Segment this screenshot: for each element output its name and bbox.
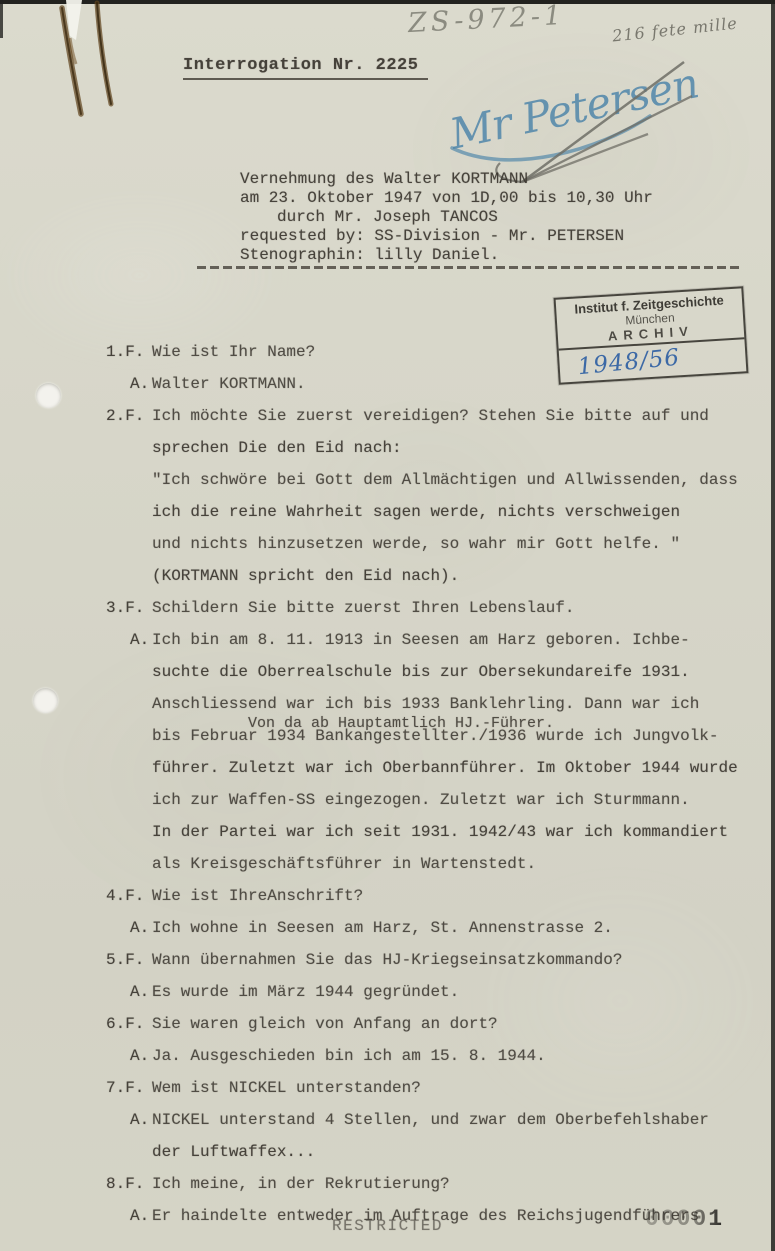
punch-hole xyxy=(33,688,58,713)
qa-block: 3.F. Schildern Sie bitte zuerst Ihren Le… xyxy=(106,592,766,624)
qa-label: 3.F. xyxy=(106,592,144,624)
qa-lines: Wie ist IhreAnschrift? xyxy=(152,880,766,912)
page-number-stamp: 00001 xyxy=(645,1206,724,1232)
qa-lines: Sie waren gleich von Anfang an dort? xyxy=(152,1008,766,1040)
document-line: führer. Zuletzt war ich Oberbannführer. … xyxy=(152,752,766,784)
handwritten-signature: Mr Petersen xyxy=(446,58,703,158)
qa-label: A. xyxy=(130,1040,149,1072)
qa-block: 6.F. Sie waren gleich von Anfang an dort… xyxy=(106,1008,766,1040)
qa-block: A. Es wurde im März 1944 gegründet. xyxy=(106,976,766,1008)
qa-lines: Ich bin am 8. 11. 1913 in Seesen am Harz… xyxy=(152,624,766,720)
document-line: der Luftwaffex... xyxy=(152,1136,766,1168)
qa-label: 7.F. xyxy=(106,1072,144,1104)
qa-block: 4.F. Wie ist IhreAnschrift? xyxy=(106,880,766,912)
qa-block: A. Ich wohne in Seesen am Harz, St. Anne… xyxy=(106,912,766,944)
qa-lines: Es wurde im März 1944 gegründet. xyxy=(152,976,766,1008)
qa-block: 7.F. Wem ist NICKEL unterstanden? xyxy=(106,1072,766,1104)
document-line: sprechen Die den Eid nach: xyxy=(152,432,766,464)
document-line: bis Februar 1934 Bankangestellter./1936 … xyxy=(152,720,766,752)
document-line: Wie ist IhreAnschrift? xyxy=(152,880,766,912)
document-line: Walter KORTMANN. xyxy=(152,368,766,400)
qa-lines: NICKEL unterstand 4 Stellen, und zwar de… xyxy=(152,1104,766,1168)
document-line: als Kreisgeschäftsführer in Wartenstedt. xyxy=(152,848,766,880)
document-line: "Ich schwöre bei Gott dem Allmächtigen u… xyxy=(152,464,766,496)
qa-list: 1.F. Wie ist Ihr Name? A. Walter KORTMAN… xyxy=(106,336,766,1232)
qa-lines: Walter KORTMANN. xyxy=(152,368,766,400)
document-line: ich zur Waffen-SS eingezogen. Zuletzt wa… xyxy=(152,784,766,816)
qa-label: 4.F. xyxy=(106,880,144,912)
qa-label: A. xyxy=(130,912,149,944)
document-line: Sie waren gleich von Anfang an dort? xyxy=(152,1008,766,1040)
qa-label: 8.F. xyxy=(106,1168,144,1200)
qa-block: 2.F. Ich möchte Sie zuerst vereidigen? S… xyxy=(106,400,766,592)
header-line-requested-by: requested by: SS-Division - Mr. PETERSEN xyxy=(240,227,653,246)
qa-label: 6.F. xyxy=(106,1008,144,1040)
document-line: (KORTMANN spricht den Eid nach). xyxy=(152,560,766,592)
qa-lines: bis Februar 1934 Bankangestellter./1936 … xyxy=(152,720,766,880)
qa-block: 1.F. Wie ist Ihr Name? xyxy=(106,336,766,368)
qa-block: A. Walter KORTMANN. xyxy=(106,368,766,400)
scan-edge-top xyxy=(0,0,775,4)
interrogation-header: Vernehmung des Walter KORTMANN am 23. Ok… xyxy=(240,170,653,265)
qa-label: 2.F. xyxy=(106,400,144,432)
qa-label: A. xyxy=(130,368,149,400)
qa-lines: Wem ist NICKEL unterstanden? xyxy=(152,1072,766,1104)
document-line: ich die reine Wahrheit sagen werde, nich… xyxy=(152,496,766,528)
qa-block: 8.F. Ich meine, in der Rekrutierung? xyxy=(106,1168,766,1200)
header-line-subject: Vernehmung des Walter KORTMANN xyxy=(240,170,653,189)
handwritten-corner-note: 216 fete mille xyxy=(611,13,738,45)
document-line: In der Partei war ich seit 1931. 1942/43… xyxy=(152,816,766,848)
document-line: Wem ist NICKEL unterstanden? xyxy=(152,1072,766,1104)
qa-label: A. xyxy=(130,1104,149,1136)
scan-edge-left xyxy=(0,0,3,38)
handwritten-archive-ref: ZS-972-1 xyxy=(407,0,566,39)
document-line: suchte die Oberrealschule bis zur Oberse… xyxy=(152,656,766,688)
document-line: Wie ist Ihr Name? xyxy=(152,336,766,368)
document-title: Interrogation Nr. 2225 xyxy=(183,56,428,80)
header-line-interrogator: durch Mr. Joseph TANCOS xyxy=(240,208,653,227)
document-line: Ja. Ausgeschieden bin ich am 15. 8. 1944… xyxy=(152,1040,766,1072)
qa-block: A. Ja. Ausgeschieden bin ich am 15. 8. 1… xyxy=(106,1040,766,1072)
header-line-date: am 23. Oktober 1947 von 1D,00 bis 10,30 … xyxy=(240,189,653,208)
qa-label: 5.F. xyxy=(106,944,144,976)
document-line: Ich meine, in der Rekrutierung? xyxy=(152,1168,766,1200)
document-line: Ich bin am 8. 11. 1913 in Seesen am Harz… xyxy=(152,624,766,656)
qa-lines: Ich möchte Sie zuerst vereidigen? Stehen… xyxy=(152,400,766,592)
document-line: NICKEL unterstand 4 Stellen, und zwar de… xyxy=(152,1104,766,1136)
qa-label: 1.F. xyxy=(106,336,144,368)
qa-lines: Wann übernahmen Sie das HJ-Kriegseinsatz… xyxy=(152,944,766,976)
qa-block: bis Februar 1934 Bankangestellter./1936 … xyxy=(106,720,766,880)
document-line: Wann übernahmen Sie das HJ-Kriegseinsatz… xyxy=(152,944,766,976)
qa-lines: Schildern Sie bitte zuerst Ihren Lebensl… xyxy=(152,592,766,624)
document-line: und nichts hinzusetzen werde, so wahr mi… xyxy=(152,528,766,560)
qa-lines: Ich meine, in der Rekrutierung? xyxy=(152,1168,766,1200)
scan-edge-right xyxy=(771,0,775,1251)
qa-lines: Wie ist Ihr Name? xyxy=(152,336,766,368)
qa-block: A. NICKEL unterstand 4 Stellen, und zwar… xyxy=(106,1104,766,1168)
document-line: Ich möchte Sie zuerst vereidigen? Stehen… xyxy=(152,400,766,432)
qa-label: A. xyxy=(130,624,149,656)
header-line-stenographer: Stenographin: lilly Daniel. xyxy=(240,246,653,265)
qa-lines: Ja. Ausgeschieden bin ich am 15. 8. 1944… xyxy=(152,1040,766,1072)
qa-block: 5.F. Wann übernahmen Sie das HJ-Kriegsei… xyxy=(106,944,766,976)
document-line: Schildern Sie bitte zuerst Ihren Lebensl… xyxy=(152,592,766,624)
qa-block: A. Ich bin am 8. 11. 1913 in Seesen am H… xyxy=(106,624,766,720)
document-line: Ich wohne in Seesen am Harz, St. Annenst… xyxy=(152,912,766,944)
separator-line xyxy=(197,266,743,269)
document-line: Es wurde im März 1944 gegründet. xyxy=(152,976,766,1008)
qa-label: A. xyxy=(130,976,149,1008)
document-page: Interrogation Nr. 2225 ZS-972-1 216 fete… xyxy=(0,0,775,1251)
qa-lines: Ich wohne in Seesen am Harz, St. Annenst… xyxy=(152,912,766,944)
punch-hole xyxy=(36,383,61,408)
